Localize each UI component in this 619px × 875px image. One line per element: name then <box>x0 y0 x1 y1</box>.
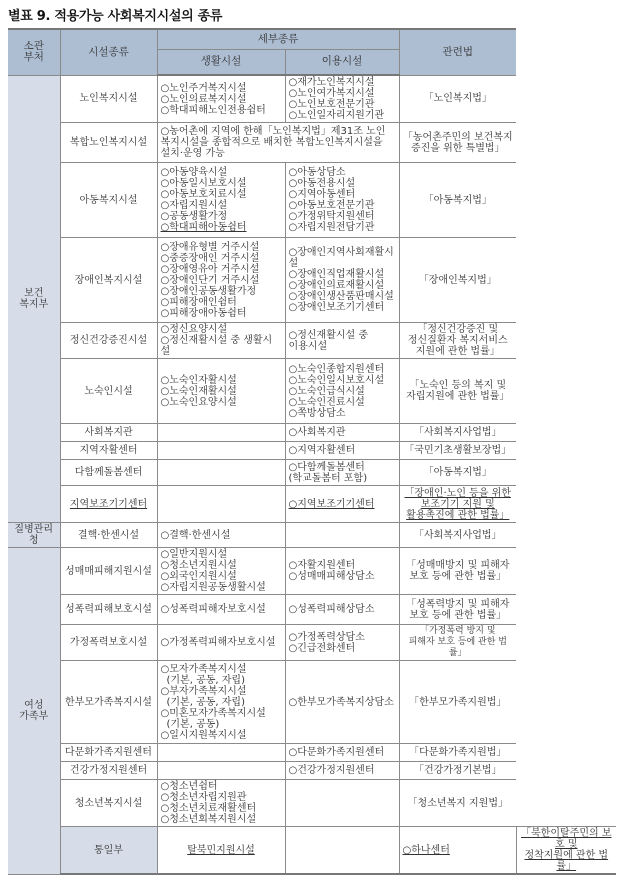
facility-name: 아동복지시설 <box>60 163 157 238</box>
facility-name: 지역보조기기센터 <box>60 486 157 523</box>
living-list <box>157 744 285 762</box>
facility-name: 한부모가족복지시설 <box>60 661 157 744</box>
living-list: ○노숙인자활시설○노숙인재활시설○노숙인요양시설 <box>157 359 285 424</box>
header-detail: 세부종류 <box>157 29 399 49</box>
living-list: ○아동양육시설○아동일시보호시설○아동보호치료시설○자립지원시설○공동생활가정○… <box>157 163 285 238</box>
table-row: 복합노인복지시설 ○농어촌에 지역에 한해「노인복지법」제31조 노인 복지시설… <box>8 123 616 163</box>
related-law: 「청소년복지 지원법」 <box>399 780 516 827</box>
related-law: 「성매매방지 및 피해자 보호 등에 관한 법률」 <box>399 548 516 595</box>
table-row: 지역자활센터 ○지역자활센터 「국민기초생활보장법」 <box>8 442 616 460</box>
table-row: 통일부 탈북민지원시설 ○하나센터 「북한이탈주민의 보호 및 정착지원에 관한… <box>8 827 616 847</box>
usage-list <box>285 523 399 548</box>
usage-list <box>285 780 399 827</box>
header-law: 관련법 <box>399 29 516 75</box>
facility-name: 노숙인시설 <box>60 359 157 424</box>
table-row: 건강가정지원센터 ○건강가정지원센터 「건강가정기본법」 <box>8 762 616 780</box>
table-row: 다함께돌봄센터 ○다함께돌봄센터 (학교돌봄터 포함) 「아동복지법」 <box>8 460 616 486</box>
header-usage: 이용시설 <box>285 49 399 75</box>
related-law: 「아동복지법」 <box>399 460 516 486</box>
facility-name: 다함께돌봄센터 <box>60 460 157 486</box>
living-list <box>157 486 285 523</box>
facility-name: 건강가정지원센터 <box>60 762 157 780</box>
table-title: 별표 9. 적용가능 사회복지시설의 종류 <box>8 5 222 24</box>
usage-list: ○재가노인복지시설○노인여가복지시설○노인보호전문기관○노인일자리지원기관 <box>285 75 399 123</box>
related-law: 「가정폭력 방지 및 피해자 보호 등에 관한 법률」 <box>399 625 516 661</box>
dept-mogef: 여성 가족부 <box>8 548 60 847</box>
table-row: 지역보조기기센터 ○지역보조기기센터 「장애인·노인 등을 위한 보조기기 지원… <box>8 486 616 523</box>
dept-mohw: 보건 복지부 <box>8 75 60 523</box>
living-list: ○성폭력피해자보호시설 <box>157 595 285 625</box>
facility-name: 다문화가족지원센터 <box>60 744 157 762</box>
table-row: 여성 가족부 성매매피해지원시설 ○일반지원시설○청소년지원시설○외국인지원시설… <box>8 548 616 595</box>
table-row: 가정폭력보호시설 ○가정폭력피해자보호시설 ○가정폭력상담소○긴급전화센터 「가… <box>8 625 616 661</box>
table-row: 정신건강증진시설 ○정신요양시설○정신재활시설 중 생활시설 ○정신재활시설 중… <box>8 323 616 359</box>
living-list: ○장애유형별 거주시설○중증장애인 거주시설○장애영유아 거주시설○장애인단기 … <box>157 238 285 323</box>
usage-list: ○아동상담소○아동전용시설○지역아동센터○아동보호전문기관○가정위탁지원센터○자… <box>285 163 399 238</box>
related-law: 「노숙인 등의 복지 및 자립지원에 관한 법률」 <box>399 359 516 424</box>
usage-list: ○건강가정지원센터 <box>285 762 399 780</box>
facility-name: 지역자활센터 <box>60 442 157 460</box>
facility-name: 청소년복지시설 <box>60 780 157 827</box>
usage-list: ○성폭력피해상담소 <box>285 595 399 625</box>
usage-list: ○자활지원센터○성매매피해상담소 <box>285 548 399 595</box>
related-law: 「사회복지사업법」 <box>399 523 516 548</box>
related-law: 「국민기초생활보장법」 <box>399 442 516 460</box>
facility-table: 소관 부처 시설종류 세부종류 관련법 생활시설 이용시설 보건 복지부 노인복… <box>8 28 616 846</box>
related-law: 「장애인복지법」 <box>399 238 516 323</box>
merged-detail: ○농어촌에 지역에 한해「노인복지법」제31조 노인 복지시설을 종합적으로 배… <box>157 123 399 163</box>
living-list <box>157 442 285 460</box>
facility-name: 결핵·한센시설 <box>60 523 157 548</box>
related-law: 「아동복지법」 <box>399 163 516 238</box>
facility-name: 탈북민지원시설 <box>157 827 285 847</box>
living-list: ○노인주거복지시설○노인의료복지시설○학대피해노인전용쉼터 <box>157 75 285 123</box>
header-facility-type: 시설종류 <box>60 29 157 75</box>
related-law: 「북한이탈주민의 보호 및 정착지원에 관한 법률」 <box>516 827 616 847</box>
header-dept: 소관 부처 <box>8 29 60 75</box>
related-law: 「정신건강증진 및 정신질환자 복지서비스 지원에 관한 법률」 <box>399 323 516 359</box>
living-list: ○가정폭력피해자보호시설 <box>157 625 285 661</box>
usage-list: ○다문화가족지원센터 <box>285 744 399 762</box>
living-list <box>157 762 285 780</box>
table-row: 다문화가족지원센터 ○다문화가족지원센터 「다문화가족지원법」 <box>8 744 616 762</box>
usage-list: ○정신재활시설 중 이용시설 <box>285 323 399 359</box>
table-row: 한부모가족복지시설 ○모자가족복지시설 (기본, 공동, 자립)○부자가족복지시… <box>8 661 616 744</box>
living-list: ○정신요양시설○정신재활시설 중 생활시설 <box>157 323 285 359</box>
usage-list: ○사회복지관 <box>285 424 399 442</box>
related-law: 「농어촌주민의 보건복지 증진을 위한 특별법」 <box>399 123 516 163</box>
living-list <box>285 827 399 847</box>
living-list: ○모자가족복지시설 (기본, 공동, 자립)○부자가족복지시설 (기본, 공동,… <box>157 661 285 744</box>
table-row: 질병관리청 결핵·한센시설 ○결핵·한센시설 「사회복지사업법」 <box>8 523 616 548</box>
facility-name: 노인복지시설 <box>60 75 157 123</box>
living-list <box>157 424 285 442</box>
table-row: 청소년복지시설 ○청소년쉼터○청소년자립지원관○청소년치료재활센터○청소년회복지… <box>8 780 616 827</box>
related-law: 「건강가정기본법」 <box>399 762 516 780</box>
table-row: 아동복지시설 ○아동양육시설○아동일시보호시설○아동보호치료시설○자립지원시설○… <box>8 163 616 238</box>
living-list: ○결핵·한센시설 <box>157 523 285 548</box>
related-law: 「성폭력방지 및 피해자 보호 등에 관한 법률」 <box>399 595 516 625</box>
usage-list: ○지역보조기기센터 <box>285 486 399 523</box>
related-law: 「사회복지사업법」 <box>399 424 516 442</box>
table-row: 보건 복지부 노인복지시설 ○노인주거복지시설○노인의료복지시설○학대피해노인전… <box>8 75 616 123</box>
related-law: 「장애인·노인 등을 위한 보조기기 지원 및 활용촉진에 관한 법률」 <box>399 486 516 523</box>
facility-name: 복합노인복지시설 <box>60 123 157 163</box>
usage-list: ○하나센터 <box>399 827 516 847</box>
header-living: 생활시설 <box>157 49 285 75</box>
facility-name: 정신건강증진시설 <box>60 323 157 359</box>
usage-list: ○한부모가족복지상담소 <box>285 661 399 744</box>
usage-list: ○장애인지역사회재활시설○장애인직업재활시설○장애인의료재활시설○장애인생산품판… <box>285 238 399 323</box>
facility-name: 성매매피해지원시설 <box>60 548 157 595</box>
living-list: ○청소년쉼터○청소년자립지원관○청소년치료재활센터○청소년회복지원시설 <box>157 780 285 827</box>
related-law: 「다문화가족지원법」 <box>399 744 516 762</box>
usage-list: ○다함께돌봄센터 (학교돌봄터 포함) <box>285 460 399 486</box>
usage-list: ○노숙인종합지원센터○노숙인일시보호시설○노숙인급식시설○노숙인진료시설○쪽방상… <box>285 359 399 424</box>
dept-kdca: 질병관리청 <box>8 523 60 548</box>
facility-name: 성폭력피해보호시설 <box>60 595 157 625</box>
facility-name: 사회복지관 <box>60 424 157 442</box>
table-row: 장애인복지시설 ○장애유형별 거주시설○중증장애인 거주시설○장애영유아 거주시… <box>8 238 616 323</box>
usage-list: ○지역자활센터 <box>285 442 399 460</box>
usage-list: ○가정폭력상담소○긴급전화센터 <box>285 625 399 661</box>
related-law: 「노인복지법」 <box>399 75 516 123</box>
related-law: 「한부모가족지원법」 <box>399 661 516 744</box>
table-row: 사회복지관 ○사회복지관 「사회복지사업법」 <box>8 424 616 442</box>
table-row: 성폭력피해보호시설 ○성폭력피해자보호시설 ○성폭력피해상담소 「성폭력방지 및… <box>8 595 616 625</box>
table-row: 노숙인시설 ○노숙인자활시설○노숙인재활시설○노숙인요양시설 ○노숙인종합지원센… <box>8 359 616 424</box>
living-list <box>157 460 285 486</box>
dept-unification: 통일부 <box>60 827 157 847</box>
facility-name: 가정폭력보호시설 <box>60 625 157 661</box>
living-list: ○일반지원시설○청소년지원시설○외국인지원시설○자립지원공동생활시설 <box>157 548 285 595</box>
facility-name: 장애인복지시설 <box>60 238 157 323</box>
